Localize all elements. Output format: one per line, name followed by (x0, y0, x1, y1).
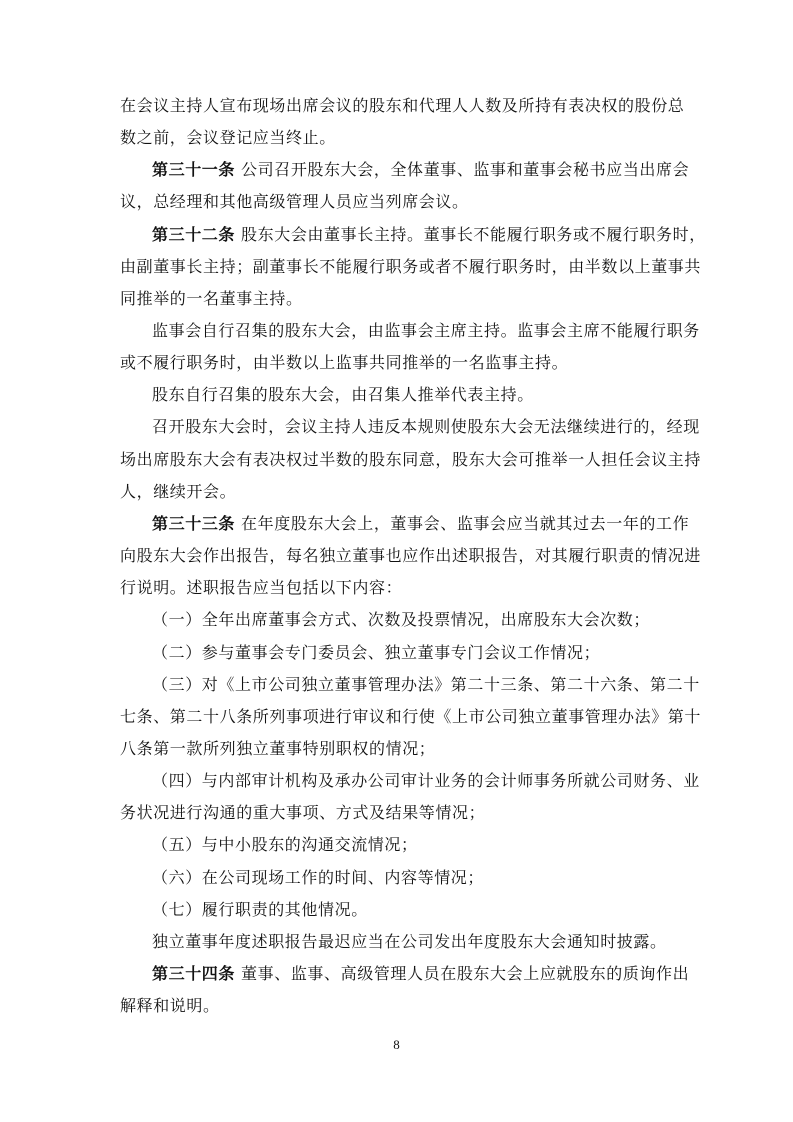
text-line: 七条、第二十八条所列事项进行审议和行使《上市公司独立董事管理办法》第十 (120, 705, 701, 729)
line-text: （二）参与董事会专门委员会、独立董事专门会议工作情况； (152, 643, 600, 662)
line-text: （五）与中小股东的沟通交流情况； (152, 835, 418, 854)
line-text: 或不履行职务时，由半数以上监事共同推举的一名监事主持。 (120, 353, 568, 372)
line-text: （三）对《上市公司独立董事管理办法》第二十三条、第二十六条、第二十 (152, 675, 700, 694)
text-line: （五）与中小股东的沟通交流情况； (152, 833, 418, 857)
line-text: （一）全年出席董事会方式、次数及投票情况，出席股东大会次数； (152, 610, 650, 629)
text-line: 行说明。述职报告应当包括以下内容： (120, 576, 402, 600)
text-line: 监事会自行召集的股东大会，由监事会主席主持。监事会主席不能履行职务 (152, 319, 700, 343)
text-line: （一）全年出席董事会方式、次数及投票情况，出席股东大会次数； (152, 608, 650, 632)
line-text: 董事、监事、高级管理人员在股东大会上应就股东的质询作出 (241, 964, 689, 983)
line-text: 向股东大会作出报告，每名独立董事也应作出述职报告，对其履行职责的情况进 (120, 546, 701, 565)
text-line: 同推举的一名董事主持。 (120, 287, 303, 311)
line-text: （四）与内部审计机构及承办公司审计业务的会计师事务所就公司财务、业 (152, 771, 700, 790)
article-number: 第三十二条 (152, 225, 235, 244)
text-line: （三）对《上市公司独立董事管理办法》第二十三条、第二十六条、第二十 (152, 673, 700, 697)
text-line: 八条第一款所列独立董事特别职权的情况； (120, 737, 435, 761)
article-line: 第三十三条在年度股东大会上，董事会、监事会应当就其过去一年的工作 (152, 512, 689, 536)
text-line: 解释和说明。 (120, 994, 220, 1018)
line-text: 在年度股东大会上，董事会、监事会应当就其过去一年的工作 (241, 514, 689, 533)
line-text: 在会议主持人宣布现场出席会议的股东和代理人人数及所持有表决权的股份总 (120, 96, 684, 115)
text-line: （二）参与董事会专门委员会、独立董事专门会议工作情况； (152, 641, 600, 665)
line-text: （七）履行职责的其他情况。 (152, 900, 368, 919)
line-text: 监事会自行召集的股东大会，由监事会主席主持。监事会主席不能履行职务 (152, 321, 700, 340)
page-number: 8 (0, 1037, 793, 1053)
line-text: 独立董事年度述职报告最迟应当在公司发出年度股东大会通知时披露。 (152, 932, 667, 951)
text-line: 股东自行召集的股东大会，由召集人推举代表主持。 (152, 383, 534, 407)
article-number: 第三十三条 (152, 514, 235, 533)
line-text: 人，继续开会。 (120, 482, 236, 501)
line-text: 议，总经理和其他高级管理人员应当列席会议。 (120, 192, 469, 211)
text-line: 务状况进行沟通的重大事项、方式及结果等情况； (120, 801, 485, 825)
text-line: 人，继续开会。 (120, 480, 236, 504)
line-text: 场出席股东大会有表决权过半数的股东同意，股东大会可推举一人担任会议主持 (120, 450, 701, 469)
text-line: 或不履行职务时，由半数以上监事共同推举的一名监事主持。 (120, 351, 568, 375)
text-line: 独立董事年度述职报告最迟应当在公司发出年度股东大会通知时披露。 (152, 930, 667, 954)
line-text: 同推举的一名董事主持。 (120, 289, 303, 308)
text-line: 在会议主持人宣布现场出席会议的股东和代理人人数及所持有表决权的股份总 (120, 94, 684, 118)
text-line: 召开股东大会时，会议主持人违反本规则使股东大会无法继续进行的，经现 (152, 415, 700, 439)
line-text: 股东自行召集的股东大会，由召集人推举代表主持。 (152, 385, 534, 404)
text-line: 议，总经理和其他高级管理人员应当列席会议。 (120, 190, 469, 214)
article-number: 第三十四条 (152, 964, 235, 983)
line-text: 股东大会由董事长主持。董事长不能履行职务或不履行职务时， (241, 225, 706, 244)
text-line: 向股东大会作出报告，每名独立董事也应作出述职报告，对其履行职责的情况进 (120, 544, 701, 568)
line-text: 数之前，会议登记应当终止。 (120, 128, 336, 147)
line-text: 公司召开股东大会，全体董事、监事和董事会秘书应当出席会 (241, 160, 689, 179)
text-line: 由副董事长主持；副董事长不能履行职务或者不履行职务时，由半数以上董事共 (120, 255, 701, 279)
text-line: （七）履行职责的其他情况。 (152, 898, 368, 922)
line-text: 八条第一款所列独立董事特别职权的情况； (120, 739, 435, 758)
line-text: 行说明。述职报告应当包括以下内容： (120, 578, 402, 597)
text-line: 场出席股东大会有表决权过半数的股东同意，股东大会可推举一人担任会议主持 (120, 448, 701, 472)
text-line: （六）在公司现场工作的时间、内容等情况； (152, 866, 484, 890)
line-text: （六）在公司现场工作的时间、内容等情况； (152, 868, 484, 887)
article-number: 第三十一条 (152, 160, 235, 179)
article-line: 第三十一条公司召开股东大会，全体董事、监事和董事会秘书应当出席会 (152, 158, 689, 182)
line-text: 解释和说明。 (120, 996, 220, 1015)
line-text: 召开股东大会时，会议主持人违反本规则使股东大会无法继续进行的，经现 (152, 417, 700, 436)
line-text: 务状况进行沟通的重大事项、方式及结果等情况； (120, 803, 485, 822)
article-line: 第三十四条董事、监事、高级管理人员在股东大会上应就股东的质询作出 (152, 962, 689, 986)
article-line: 第三十二条股东大会由董事长主持。董事长不能履行职务或不履行职务时， (152, 223, 706, 247)
line-text: 由副董事长主持；副董事长不能履行职务或者不履行职务时，由半数以上董事共 (120, 257, 701, 276)
line-text: 七条、第二十八条所列事项进行审议和行使《上市公司独立董事管理办法》第十 (120, 707, 701, 726)
text-line: 数之前，会议登记应当终止。 (120, 126, 336, 150)
text-line: （四）与内部审计机构及承办公司审计业务的会计师事务所就公司财务、业 (152, 769, 700, 793)
